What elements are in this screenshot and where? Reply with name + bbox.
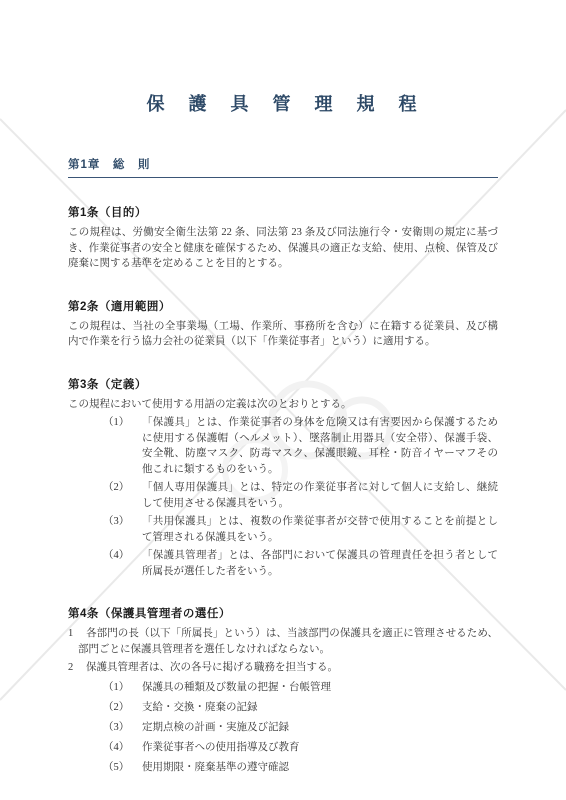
article-3-heading: 第3条（定義） bbox=[68, 376, 498, 392]
article-3: 第3条（定義） この規程において使用する用語の定義は次のとおりとする。 （1） … bbox=[68, 376, 498, 580]
list-item: （4） 「保護具管理者」とは、各部門において保護具の管理責任を担う者として所属長… bbox=[68, 548, 498, 579]
list-item: （3） 定期点検の計画・実施及び記録 bbox=[68, 720, 498, 736]
item-text: 支給・交換・廃棄の記録 bbox=[142, 700, 498, 716]
item-text: 保護具の種類及び数量の把握・台帳管理 bbox=[142, 680, 498, 696]
article-2-heading: 第2条（適用範囲） bbox=[68, 298, 498, 314]
numbered-paragraph: 1各部門の長（以下「所属長」という）は、当該部門の保護具を適正に管理させるため、… bbox=[68, 626, 498, 657]
numbered-paragraph: 2保護具管理者は、次の各号に掲げる職務を担当する。 bbox=[68, 660, 498, 676]
article-4: 第4条（保護具管理者の選任） 1各部門の長（以下「所属長」という）は、当該部門の… bbox=[68, 605, 498, 776]
item-number: （4） bbox=[103, 740, 142, 756]
list-item: （1） 保護具の種類及び数量の把握・台帳管理 bbox=[68, 680, 498, 696]
document-content: 保 護 具 管 理 規 程 第1章 総 則 第1条（目的） この規程は、労働安全… bbox=[0, 0, 566, 776]
article-1-body: この規程は、労働安全衛生法第 22 条、同法第 23 条及び同法施行令・安衛則の… bbox=[68, 225, 498, 272]
article-2: 第2条（適用範囲） この規程は、当社の全事業場（工場、作業所、事務所を含む）に在… bbox=[68, 298, 498, 350]
list-item: （2） 支給・交換・廃棄の記録 bbox=[68, 700, 498, 716]
item-number: （2） bbox=[103, 700, 142, 716]
article-4-items: （1） 保護具の種類及び数量の把握・台帳管理 （2） 支給・交換・廃棄の記録 （… bbox=[68, 680, 498, 776]
article-3-body: この規程において使用する用語の定義は次のとおりとする。 bbox=[68, 397, 498, 413]
item-number: （1） bbox=[103, 680, 142, 696]
paragraph-number: 2 bbox=[68, 660, 86, 676]
item-number: （3） bbox=[103, 720, 142, 736]
article-1-heading: 第1条（目的） bbox=[68, 204, 498, 220]
item-number: （4） bbox=[103, 548, 142, 579]
list-item: （4） 作業従事者への使用指導及び教育 bbox=[68, 740, 498, 756]
list-item: （2） 「個人専用保護具」とは、特定の作業従事者に対して個人に支給し、継続して使… bbox=[68, 480, 498, 511]
article-1: 第1条（目的） この規程は、労働安全衛生法第 22 条、同法第 23 条及び同法… bbox=[68, 204, 498, 272]
item-text: 「保護具管理者」とは、各部門において保護具の管理責任を担う者として所属長が選任し… bbox=[142, 548, 498, 579]
item-text: 「個人専用保護具」とは、特定の作業従事者に対して個人に支給し、継続して使用させる… bbox=[142, 480, 498, 511]
document-title: 保 護 具 管 理 規 程 bbox=[68, 90, 498, 116]
list-item: （5） 使用期限・廃棄基準の遵守確認 bbox=[68, 760, 498, 776]
article-4-heading: 第4条（保護具管理者の選任） bbox=[68, 605, 498, 621]
item-number: （1） bbox=[103, 415, 142, 477]
paragraph-text: 各部門の長（以下「所属長」という）は、当該部門の保護具を適正に管理させるため、部… bbox=[78, 628, 498, 655]
item-text: 作業従事者への使用指導及び教育 bbox=[142, 740, 498, 756]
item-text: 使用期限・廃棄基準の遵守確認 bbox=[142, 760, 498, 776]
item-text: 定期点検の計画・実施及び記録 bbox=[142, 720, 498, 736]
item-text: 「保護具」とは、作業従事者の身体を危険又は有害要因から保護するために使用する保護… bbox=[142, 415, 498, 477]
paragraph-text: 保護具管理者は、次の各号に掲げる職務を担当する。 bbox=[86, 662, 338, 673]
item-number: （5） bbox=[103, 760, 142, 776]
article-2-body: この規程は、当社の全事業場（工場、作業所、事務所を含む）に在籍する従業員、及び構… bbox=[68, 319, 498, 350]
chapter-heading: 第1章 総 則 bbox=[68, 156, 498, 178]
item-number: （2） bbox=[103, 480, 142, 511]
list-item: （3） 「共用保護具」とは、複数の作業従事者が交替で使用することを前提として管理… bbox=[68, 514, 498, 545]
item-text: 「共用保護具」とは、複数の作業従事者が交替で使用することを前提として管理される保… bbox=[142, 514, 498, 545]
list-item: （1） 「保護具」とは、作業従事者の身体を危険又は有害要因から保護するために使用… bbox=[68, 415, 498, 477]
document-page: 保 護 具 管 理 規 程 第1章 総 則 第1条（目的） この規程は、労働安全… bbox=[0, 0, 566, 800]
article-3-items: （1） 「保護具」とは、作業従事者の身体を危険又は有害要因から保護するために使用… bbox=[68, 415, 498, 579]
paragraph-number: 1 bbox=[68, 626, 86, 642]
item-number: （3） bbox=[103, 514, 142, 545]
